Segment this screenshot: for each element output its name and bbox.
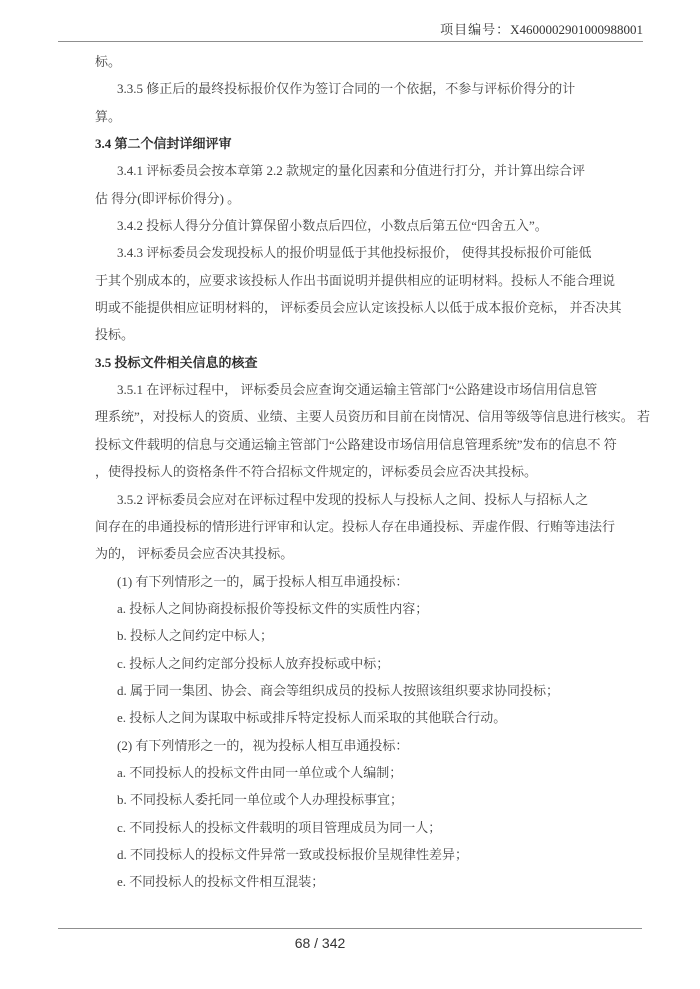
document-line: (2) 有下列情形之一的，视为投标人相互串通投标： [95, 732, 617, 759]
document-line: d. 属于同一集团、协会、商会等组织成员的投标人按照该组织要求协同投标； [95, 677, 617, 704]
header-rule [58, 41, 643, 42]
document-line: ，使得投标人的资格条件不符合招标文件规定的，评标委员会应否决其投标。 [95, 458, 617, 485]
page-header: 项目编号：X4600002901000988001 [440, 21, 643, 39]
project-number-label: 项目编号： [440, 22, 510, 37]
document-line: 明或不能提供相应证明材料的， 评标委员会应认定该投标人以低于成本报价竞标， 并否… [95, 294, 617, 321]
document-line: a. 投标人之间协商投标报价等投标文件的实质性内容； [95, 595, 617, 622]
page-number: 68 / 342 [295, 935, 346, 951]
document-line: b. 投标人之间约定中标人； [95, 622, 617, 649]
document-line: 为的， 评标委员会应否决其投标。 [95, 540, 617, 567]
document-line: e. 投标人之间为谋取中标或排斥特定投标人而采取的其他联合行动。 [95, 704, 617, 731]
document-line: 3.5.1 在评标过程中， 评标委员会应查询交通运输主管部门“公路建设市场信用信… [95, 376, 617, 403]
document-line: d. 不同投标人的投标文件异常一致或投标报价呈规律性差异； [95, 841, 617, 868]
document-line: 3.4.1 评标委员会按本章第 2.2 款规定的量化因素和分值进行打分，并计算出… [95, 157, 617, 184]
document-line: 算。 [95, 103, 617, 130]
document-line: (1) 有下列情形之一的，属于投标人相互串通投标： [95, 568, 617, 595]
page-footer: 68 / 342 [58, 933, 582, 953]
document-line: 投标。 [95, 321, 617, 348]
footer-rule [58, 928, 642, 929]
document-line: 3.4.2 投标人得分分值计算保留小数点后四位，小数点后第五位“四舍五入”。 [95, 212, 617, 239]
document-line: 3.4.3 评标委员会发现投标人的报价明显低于其他投标报价， 使得其投标报价可能… [95, 239, 617, 266]
document-line: c. 不同投标人的投标文件载明的项目管理成员为同一人； [95, 814, 617, 841]
document-line: 标。 [95, 48, 617, 75]
document-line: e. 不同投标人的投标文件相互混装； [95, 868, 617, 895]
document-body: 标。3.3.5 修正后的最终投标报价仅作为签订合同的一个依据，不参与评标价得分的… [95, 48, 617, 896]
document-page: 项目编号：X4600002901000988001 标。3.3.5 修正后的最终… [0, 0, 700, 989]
document-line: 投标文件载明的信息与交通运输主管部门“公路建设市场信用信息管理系统”发布的信息不… [95, 431, 617, 458]
document-line: 3.5.2 评标委员会应对在评标过程中发现的投标人与投标人之间、投标人与招标人之 [95, 486, 617, 513]
document-line: 3.3.5 修正后的最终投标报价仅作为签订合同的一个依据，不参与评标价得分的计 [95, 75, 617, 102]
document-line: a. 不同投标人的投标文件由同一单位或个人编制； [95, 759, 617, 786]
document-line: 于其个别成本的，应要求该投标人作出书面说明并提供相应的证明材料。投标人不能合理说 [95, 267, 617, 294]
document-line: c. 投标人之间约定部分投标人放弃投标或中标； [95, 650, 617, 677]
document-line: 间存在的串通投标的情形进行评审和认定。投标人存在串通投标、弄虚作假、行贿等违法行 [95, 513, 617, 540]
document-line: 估 得分(即评标价得分) 。 [95, 185, 617, 212]
document-line: b. 不同投标人委托同一单位或个人办理投标事宜； [95, 786, 617, 813]
document-line: 理系统”，对投标人的资质、业绩、主要人员资历和目前在岗情况、信用等级等信息进行核… [95, 403, 617, 430]
section-heading: 3.4 第二个信封详细评审 [95, 130, 617, 157]
section-heading: 3.5 投标文件相关信息的核查 [95, 349, 617, 376]
project-number-value: X4600002901000988001 [510, 22, 643, 37]
